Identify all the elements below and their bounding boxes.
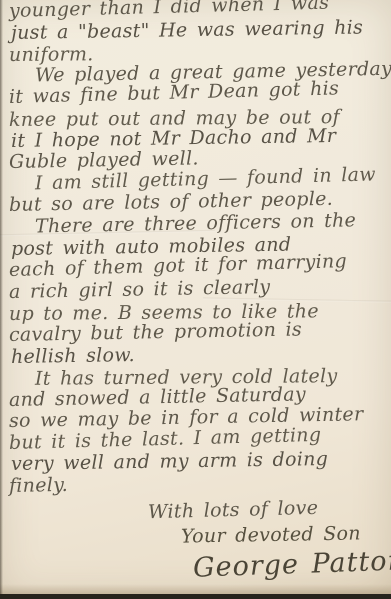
- letter-line: just a "beast" He was wearing his: [11, 17, 391, 45]
- letter-body: younger than I did when I was just a "be…: [9, 1, 389, 498]
- closing-valediction: With lots of love: [148, 497, 319, 523]
- signature: George Patton: [193, 545, 391, 583]
- letter-line: finely.: [9, 469, 389, 498]
- letter-line: hellish slow.: [11, 341, 391, 369]
- photo-edge-left: [0, 0, 3, 599]
- closing-relation: Your devoted Son: [181, 522, 361, 547]
- photo-edge-shade: [0, 584, 391, 594]
- letter-photo: younger than I did when I was just a "be…: [0, 0, 391, 599]
- photo-edge-bottom: [0, 594, 391, 599]
